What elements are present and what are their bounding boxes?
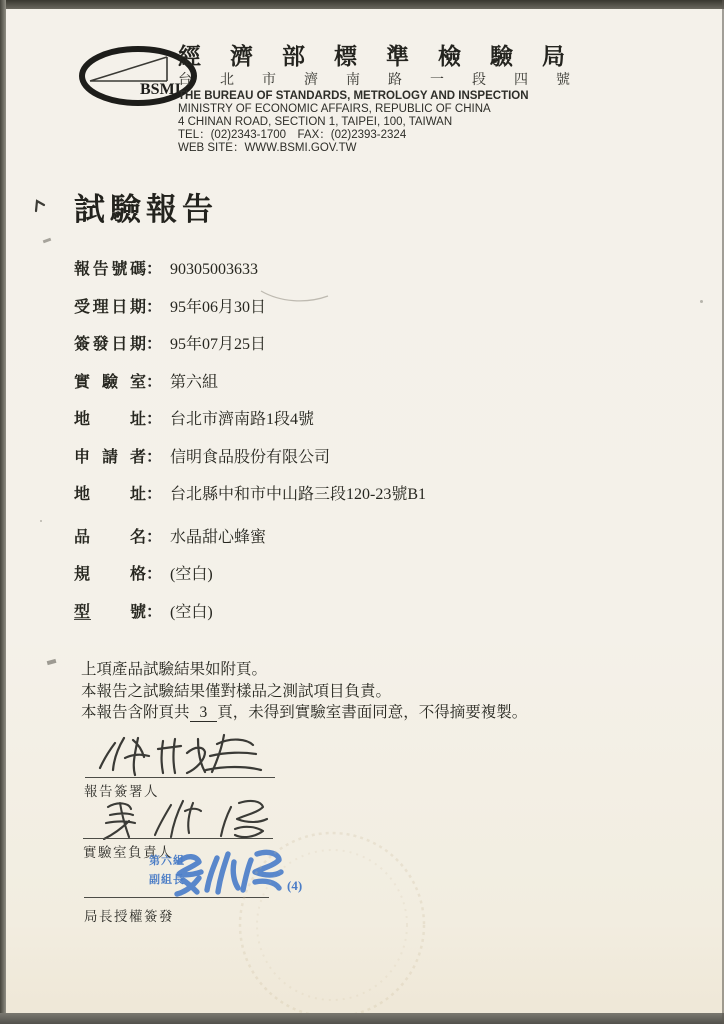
field-value: 95年07月25日 (170, 336, 266, 353)
field-list: 報告號碼：90305003633 受理日期：95年06月30日 簽發日期：95年… (74, 256, 426, 636)
org-address-en: 4 CHINAN ROAD, SECTION 1, TAIPEI, 100, T… (178, 116, 598, 129)
scratch-artifact (258, 283, 332, 309)
field-label: 實驗室 (74, 369, 146, 392)
margin-pen-mark (33, 198, 47, 214)
field-colon: ： (146, 561, 162, 584)
scan-edge-bottom (0, 1013, 724, 1024)
scanned-document: BSMI 經濟部標準檢驗局 台北市濟南路一段四號 THE BUREAU OF S… (0, 0, 724, 1024)
field-value: 台北市濟南路1段4號 (170, 411, 314, 428)
letterhead: 經濟部標準檢驗局 台北市濟南路一段四號 THE BUREAU OF STANDA… (178, 44, 598, 155)
field-label: 地址 (74, 406, 146, 429)
notes-block: 上項產品試驗結果如附頁。 本報告之試驗結果僅對樣品之測試項目負責。 本報告含附頁… (81, 659, 527, 724)
org-name-en: THE BUREAU OF STANDARDS, METROLOGY AND I… (178, 90, 598, 103)
field-value: 水晶甜心蜂蜜 (170, 529, 266, 546)
field-colon: ： (146, 444, 162, 467)
field-value: 90305003633 (170, 261, 258, 278)
field-row-accept-date: 受理日期：95年06月30日 (74, 294, 426, 332)
note-line-3: 本報告含附頁共3頁，未得到實驗室書面同意，不得摘要複製。 (81, 702, 527, 724)
document-title: 試驗報告 (74, 184, 218, 229)
field-value: 台北縣中和市中山路三段120-23號B1 (170, 486, 426, 503)
smudge-mark (47, 659, 57, 665)
dust-speck (700, 300, 703, 303)
field-row-applicant: 申請者：信明食品股份有限公司 (74, 444, 426, 482)
field-label: 報告號碼 (74, 256, 146, 279)
field-row-report-number: 報告號碼：90305003633 (74, 256, 426, 294)
report-signer-signature (95, 731, 270, 779)
field-label: 受理日期 (74, 294, 146, 317)
field-label: 申請者 (74, 444, 146, 467)
field-value: (空白) (170, 604, 213, 621)
field-row-product-name: 品名：水晶甜心蜂蜜 (74, 524, 426, 562)
tel-fax-line: TEL：(02)2343-1700 FAX：(02)2393-2324 (178, 129, 598, 142)
field-colon: ： (146, 369, 162, 392)
field-label: 簽發日期 (74, 331, 146, 354)
field-label: 地址 (74, 481, 146, 504)
field-colon: ： (146, 524, 162, 547)
ministry-en: MINISTRY OF ECONOMIC AFFAIRS, REPUBLIC O… (178, 103, 598, 116)
field-value: 95年06月30日 (170, 299, 266, 316)
field-colon: ： (146, 599, 162, 622)
org-name-zh: 經濟部標準檢驗局 (178, 44, 598, 70)
attached-pages-count: 3 (190, 704, 218, 722)
note-line-1: 上項產品試驗結果如附頁。 (81, 659, 527, 681)
field-colon: ： (146, 294, 162, 317)
field-value: 第六組 (170, 374, 218, 391)
field-value: (空白) (170, 566, 213, 583)
note-line-3-suffix: 頁，未得到實驗室書面同意，不得摘要複製。 (217, 704, 527, 721)
field-colon: ： (146, 481, 162, 504)
smudge-mark (43, 238, 52, 244)
field-row-issue-date: 簽發日期：95年07月25日 (74, 331, 426, 369)
embossed-seal (234, 827, 430, 1023)
field-row-model: 型號：(空白) (74, 599, 426, 637)
field-row-lab-address: 地址：台北市濟南路1段4號 (74, 406, 426, 444)
org-address-zh: 台北市濟南路一段四號 (178, 71, 598, 90)
field-row-specification: 規格：(空白) (74, 561, 426, 599)
field-row-laboratory: 實驗室：第六組 (74, 369, 426, 407)
scan-edge-top (0, 0, 724, 9)
field-value: 信明食品股份有限公司 (170, 449, 330, 466)
website-line: WEB SITE：WWW.BSMI.GOV.TW (178, 142, 598, 155)
field-label: 規格 (74, 561, 146, 584)
field-colon: ： (146, 256, 162, 279)
model-char-underline (74, 619, 91, 620)
field-colon: ： (146, 331, 162, 354)
note-line-2: 本報告之試驗結果僅對樣品之測試項目負責。 (81, 681, 527, 703)
note-line-3-prefix: 本報告含附頁共 (81, 704, 190, 721)
field-label: 品名 (74, 524, 146, 547)
signer-signature-line (85, 777, 275, 778)
logo-flag-lines (90, 57, 167, 81)
dust-speck (40, 520, 42, 522)
authorization-label: 局長授權簽發 (84, 905, 174, 925)
scan-edge-left (0, 0, 6, 1024)
field-colon: ： (146, 406, 162, 429)
logo-text: BSMI (140, 81, 181, 98)
field-row-applicant-address: 地址：台北縣中和市中山路三段120-23號B1 (74, 481, 426, 519)
